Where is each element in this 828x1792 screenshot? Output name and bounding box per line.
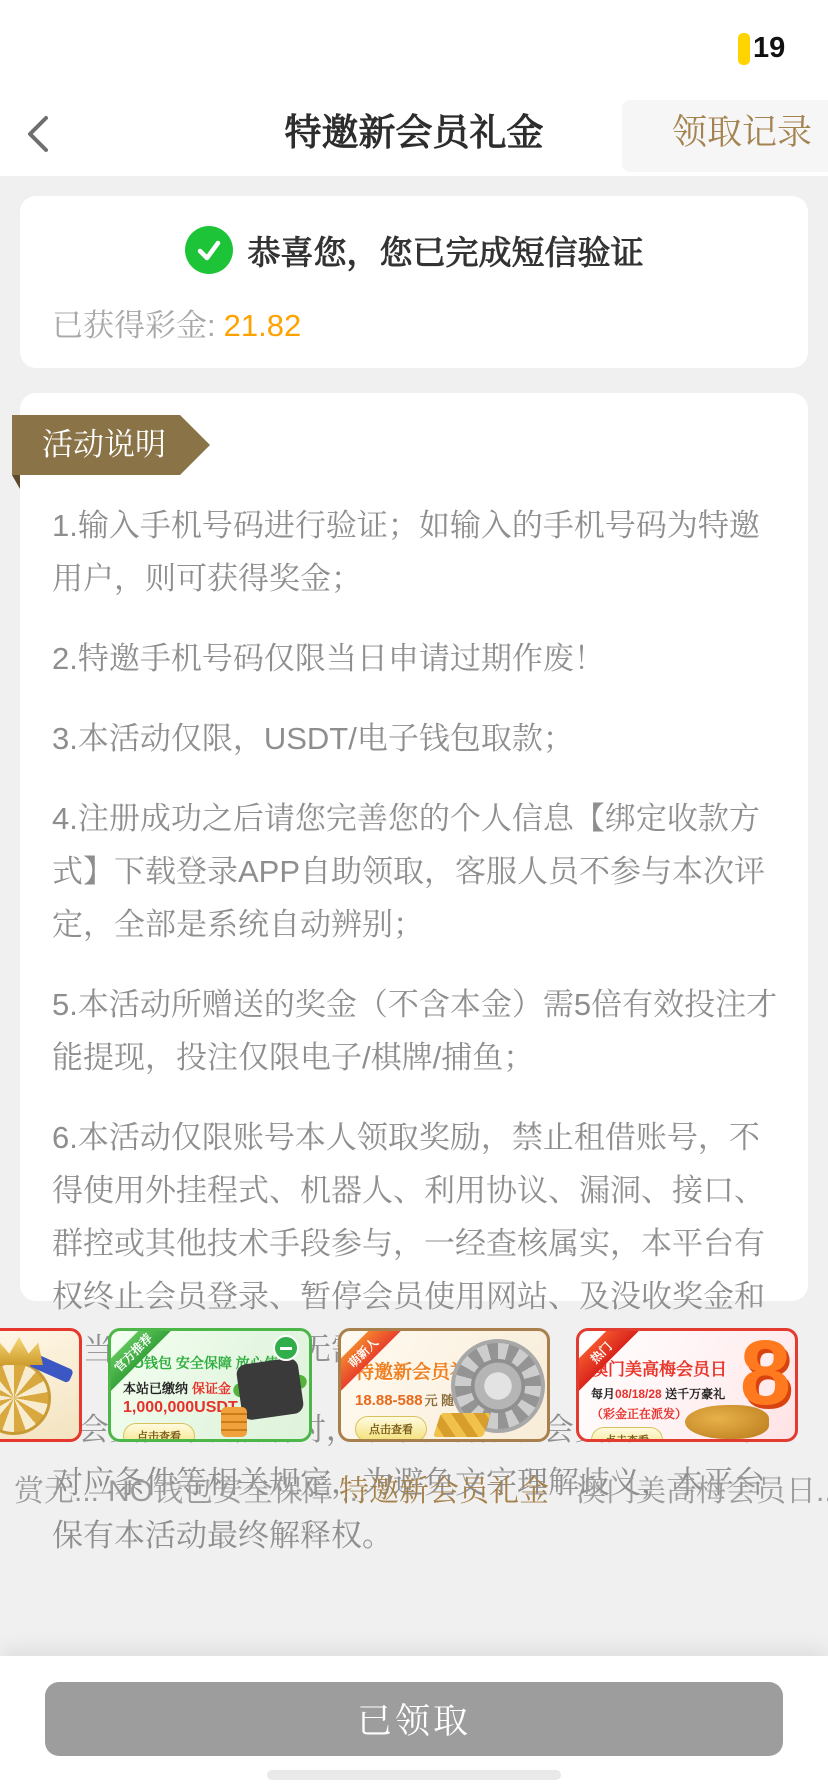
banner-card[interactable]: 8 热门 澳门美高梅会员日 每月08/18/28 送千万豪礼 （彩金正在派发） … — [576, 1328, 798, 1442]
gift-amount: 18.88-588 — [355, 1392, 423, 1409]
nav-bar: 特邀新会员礼金 领取记录 — [0, 90, 828, 176]
view-button[interactable]: 点击查看 — [591, 1427, 663, 1442]
view-button[interactable]: 点击查看 — [355, 1416, 427, 1442]
banner-label: 赏无... — [0, 1466, 82, 1510]
rule-item: 5.本活动所赠送的奖金（不含本金）需5倍有效投注才能提现，投注仅限电子/棋牌/捕… — [52, 978, 778, 1084]
success-message: 恭喜您，您已完成短信验证 — [248, 227, 644, 274]
top-bar: 19 特邀新会员礼金 领取记录 — [0, 0, 828, 176]
banner-label-active: 特邀新会员礼金 — [338, 1466, 550, 1510]
banner-item-new-member-gift[interactable]: 萌新人 特邀新会员礼金 18.88-588元 随机派发 点击查看 特邀新会员礼金 — [338, 1328, 550, 1510]
coin-stack-icon — [221, 1407, 247, 1437]
crown-icon — [0, 1337, 43, 1365]
promo-banner-strip: 赏无... 官方推荐 NO钱包 安全保障 放心使用 本站已缴纳保证金 1,000… — [0, 1328, 828, 1510]
rule-item: 2.特邀手机号码仅限当日申请过期作废！ — [52, 632, 778, 685]
rule-item: 4.注册成功之后请您完善您的个人信息【绑定收款方式】下载登录APP自助领取，客服… — [52, 792, 778, 951]
rules-ribbon: 活动说明 — [12, 415, 210, 475]
banner-label: 澳门美高梅会员日... — [576, 1466, 798, 1510]
claimed-button[interactable]: 已领取 — [45, 1682, 783, 1756]
bonus-amount: 21.82 — [224, 308, 302, 343]
monthly-text: 每月 — [591, 1387, 615, 1401]
banner-card[interactable] — [0, 1328, 82, 1442]
banner-item-no-wallet[interactable]: 官方推荐 NO钱包 安全保障 放心使用 本站已缴纳保证金 1,000,000US… — [108, 1328, 312, 1510]
activity-rules-card: 活动说明 1.输入手机号码进行验证；如输入的手机号码为特邀用户，则可获得奖金； … — [20, 393, 808, 1301]
prize-text: 送千万豪礼 — [662, 1387, 725, 1401]
ribbon-fold-icon — [12, 475, 20, 489]
sms-verified-card: 恭喜您，您已完成短信验证 已获得彩金:21.82 — [20, 196, 808, 368]
banner-card[interactable]: 官方推荐 NO钱包 安全保障 放心使用 本站已缴纳保证金 1,000,000US… — [108, 1328, 312, 1442]
view-button[interactable]: 点击查看 — [123, 1423, 195, 1442]
browser-tab-count[interactable]: 19 — [738, 32, 785, 65]
rule-item: 1.输入手机号码进行验证；如输入的手机号码为特邀用户，则可获得奖金； — [52, 499, 778, 605]
dates-highlight: 08/18/28 — [615, 1387, 662, 1401]
claim-records-link[interactable]: 领取记录 — [672, 90, 812, 176]
tab-indicator-icon — [738, 33, 750, 65]
banner-item-jackpot[interactable]: 赏无... — [0, 1328, 82, 1510]
home-indicator[interactable] — [267, 1770, 561, 1780]
gold-lion-icon — [685, 1405, 769, 1439]
tab-count-value: 19 — [753, 32, 785, 65]
banner-card[interactable]: 萌新人 特邀新会员礼金 18.88-588元 随机派发 点击查看 — [338, 1328, 550, 1442]
gold-bars-icon — [433, 1413, 491, 1437]
banner-label: NO钱包安全保障 ... — [108, 1466, 312, 1510]
rule-item: 3.本活动仅限，USDT/电子钱包取款； — [52, 712, 778, 765]
deposit-text: 本站已缴纳 — [123, 1381, 188, 1396]
bottom-bar: 已领取 — [0, 1656, 828, 1792]
banner-item-mgm-member-day[interactable]: 8 热门 澳门美高梅会员日 每月08/18/28 送千万豪礼 （彩金正在派发） … — [576, 1328, 798, 1510]
deposit-highlight: 保证金 — [192, 1381, 231, 1396]
tether-coin-icon — [273, 1335, 299, 1361]
check-circle-icon — [185, 226, 233, 274]
bonus-row: 已获得彩金:21.82 — [20, 300, 808, 345]
bonus-label: 已获得彩金: — [52, 308, 216, 343]
